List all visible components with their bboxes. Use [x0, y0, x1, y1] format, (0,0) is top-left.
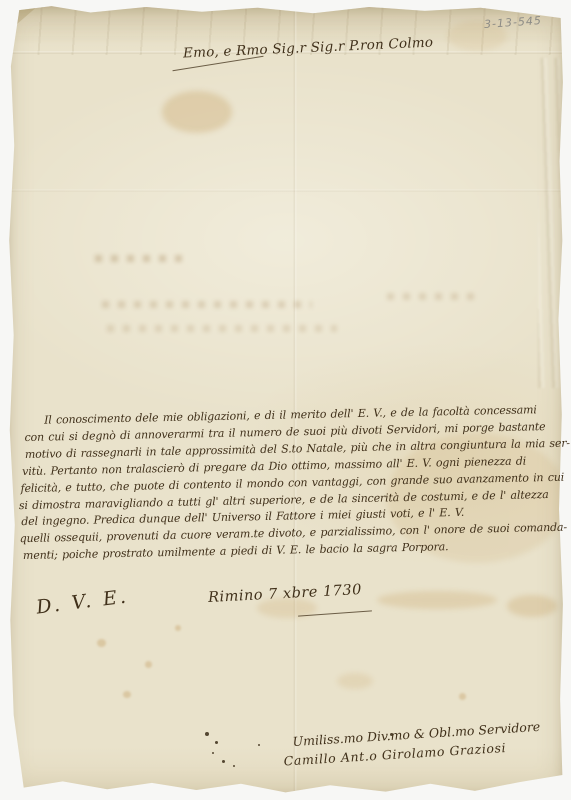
ink-spot — [258, 744, 260, 746]
stain-blot — [337, 673, 373, 689]
stain-blot — [377, 591, 497, 609]
bleedthrough-marks — [102, 301, 312, 308]
scanned-letter: 3-13-545 Emo, e Rmo Sig.r Sig.r P.ron Co… — [0, 0, 571, 800]
bleedthrough-marks — [95, 255, 190, 262]
stain-blot — [507, 595, 557, 617]
foxing-spot — [459, 693, 466, 700]
horizontal-fold-crease — [7, 189, 564, 192]
right-edge-crumple — [538, 58, 560, 388]
foxing-spot — [175, 625, 181, 631]
ink-spot — [215, 741, 218, 744]
letter-body: Il conoscimento dele mie obligazioni, e … — [24, 402, 567, 565]
foxing-spot — [97, 639, 106, 647]
vertical-center-crease — [293, 3, 297, 794]
paper-sheet — [7, 3, 564, 794]
foxing-spot — [145, 661, 152, 668]
foxing-spot — [123, 691, 131, 698]
stain-blot — [162, 91, 232, 133]
ink-spot — [222, 760, 225, 763]
ink-spot — [212, 752, 214, 754]
bleedthrough-marks — [387, 293, 477, 300]
ink-spot — [233, 765, 235, 767]
ink-spot — [205, 732, 209, 736]
bleedthrough-marks — [107, 325, 337, 332]
